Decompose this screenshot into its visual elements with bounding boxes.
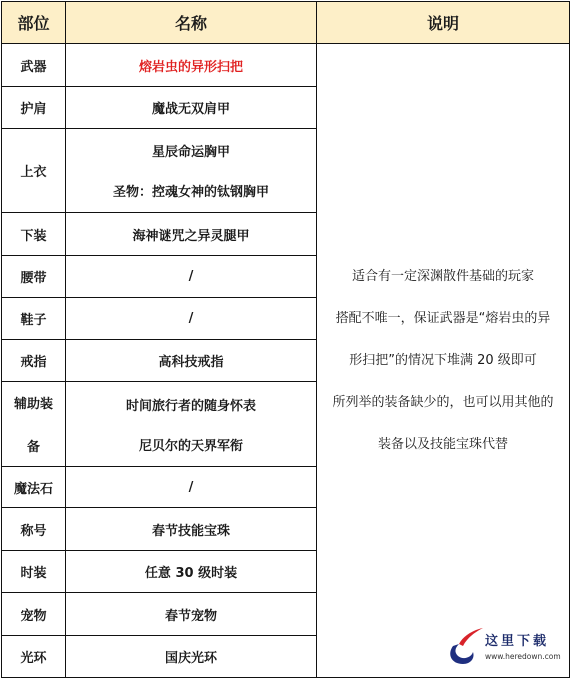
item-cell: 高科技戒指 xyxy=(66,340,317,382)
slot-cell: 辅助装 备 xyxy=(2,382,66,467)
item-name: 时间旅行者的随身怀表 xyxy=(66,395,316,414)
slot-cell: 戒指 xyxy=(2,340,66,382)
slot-label: 备 xyxy=(2,436,65,455)
slot-cell: 上衣 xyxy=(2,129,66,213)
item-cell: / xyxy=(66,467,317,508)
slot-cell: 时装 xyxy=(2,551,66,593)
item-cell-highlighted: 熔岩虫的异形扫把 xyxy=(66,44,317,87)
header-description: 说明 xyxy=(317,2,570,44)
swoosh-logo-icon xyxy=(445,624,485,668)
watermark: 这里下载 www.heredown.com xyxy=(445,624,569,670)
item-name: 圣物：控魂女神的钛钢胸甲 xyxy=(66,181,316,200)
slot-cell: 称号 xyxy=(2,508,66,551)
item-cell: 任意 30 级时装 xyxy=(66,551,317,593)
description-line: 形扫把”的情况下堆满 20 级即可 xyxy=(321,353,565,369)
item-cell: 星辰命运胸甲 圣物：控魂女神的钛钢胸甲 xyxy=(66,129,317,213)
item-cell: 国庆光环 xyxy=(66,636,317,678)
slot-cell: 鞋子 xyxy=(2,298,66,340)
header-row: 部位 名称 说明 xyxy=(2,2,570,44)
equipment-table: 部位 名称 说明 武器 熔岩虫的异形扫把 适合有一定深渊散件基础的玩家 搭配不唯… xyxy=(1,1,570,678)
watermark-url: www.heredown.com xyxy=(485,652,561,661)
slot-cell: 腰带 xyxy=(2,256,66,298)
header-name: 名称 xyxy=(66,2,317,44)
watermark-text: 这里下载 xyxy=(485,630,549,649)
item-cell: 春节技能宝珠 xyxy=(66,508,317,551)
item-cell: / xyxy=(66,298,317,340)
description-cell: 适合有一定深渊散件基础的玩家 搭配不唯一，保证武器是“熔岩虫的异 形扫把”的情况… xyxy=(317,44,570,678)
description-line: 所列举的装备缺少的，也可以用其他的 xyxy=(321,395,565,411)
slot-cell: 护肩 xyxy=(2,87,66,129)
table-row-weapon: 武器 熔岩虫的异形扫把 适合有一定深渊散件基础的玩家 搭配不唯一，保证武器是“熔… xyxy=(2,44,570,87)
slot-cell: 宠物 xyxy=(2,593,66,636)
slot-cell: 武器 xyxy=(2,44,66,87)
item-cell: 海神谜咒之异灵腿甲 xyxy=(66,213,317,256)
slot-cell: 魔法石 xyxy=(2,467,66,508)
description-line: 搭配不唯一，保证武器是“熔岩虫的异 xyxy=(321,311,565,327)
item-cell: / xyxy=(66,256,317,298)
description-line: 适合有一定深渊散件基础的玩家 xyxy=(321,269,565,285)
item-name: 星辰命运胸甲 xyxy=(66,141,316,160)
slot-label: 辅助装 xyxy=(2,393,65,412)
header-slot: 部位 xyxy=(2,2,66,44)
slot-cell: 光环 xyxy=(2,636,66,678)
slot-cell: 下装 xyxy=(2,213,66,256)
item-cell: 魔战无双肩甲 xyxy=(66,87,317,129)
item-cell: 春节宠物 xyxy=(66,593,317,636)
description-line: 装备以及技能宝珠代替 xyxy=(321,437,565,453)
item-name: 尼贝尔的天界军衔 xyxy=(66,435,316,454)
item-cell: 时间旅行者的随身怀表 尼贝尔的天界军衔 xyxy=(66,382,317,467)
